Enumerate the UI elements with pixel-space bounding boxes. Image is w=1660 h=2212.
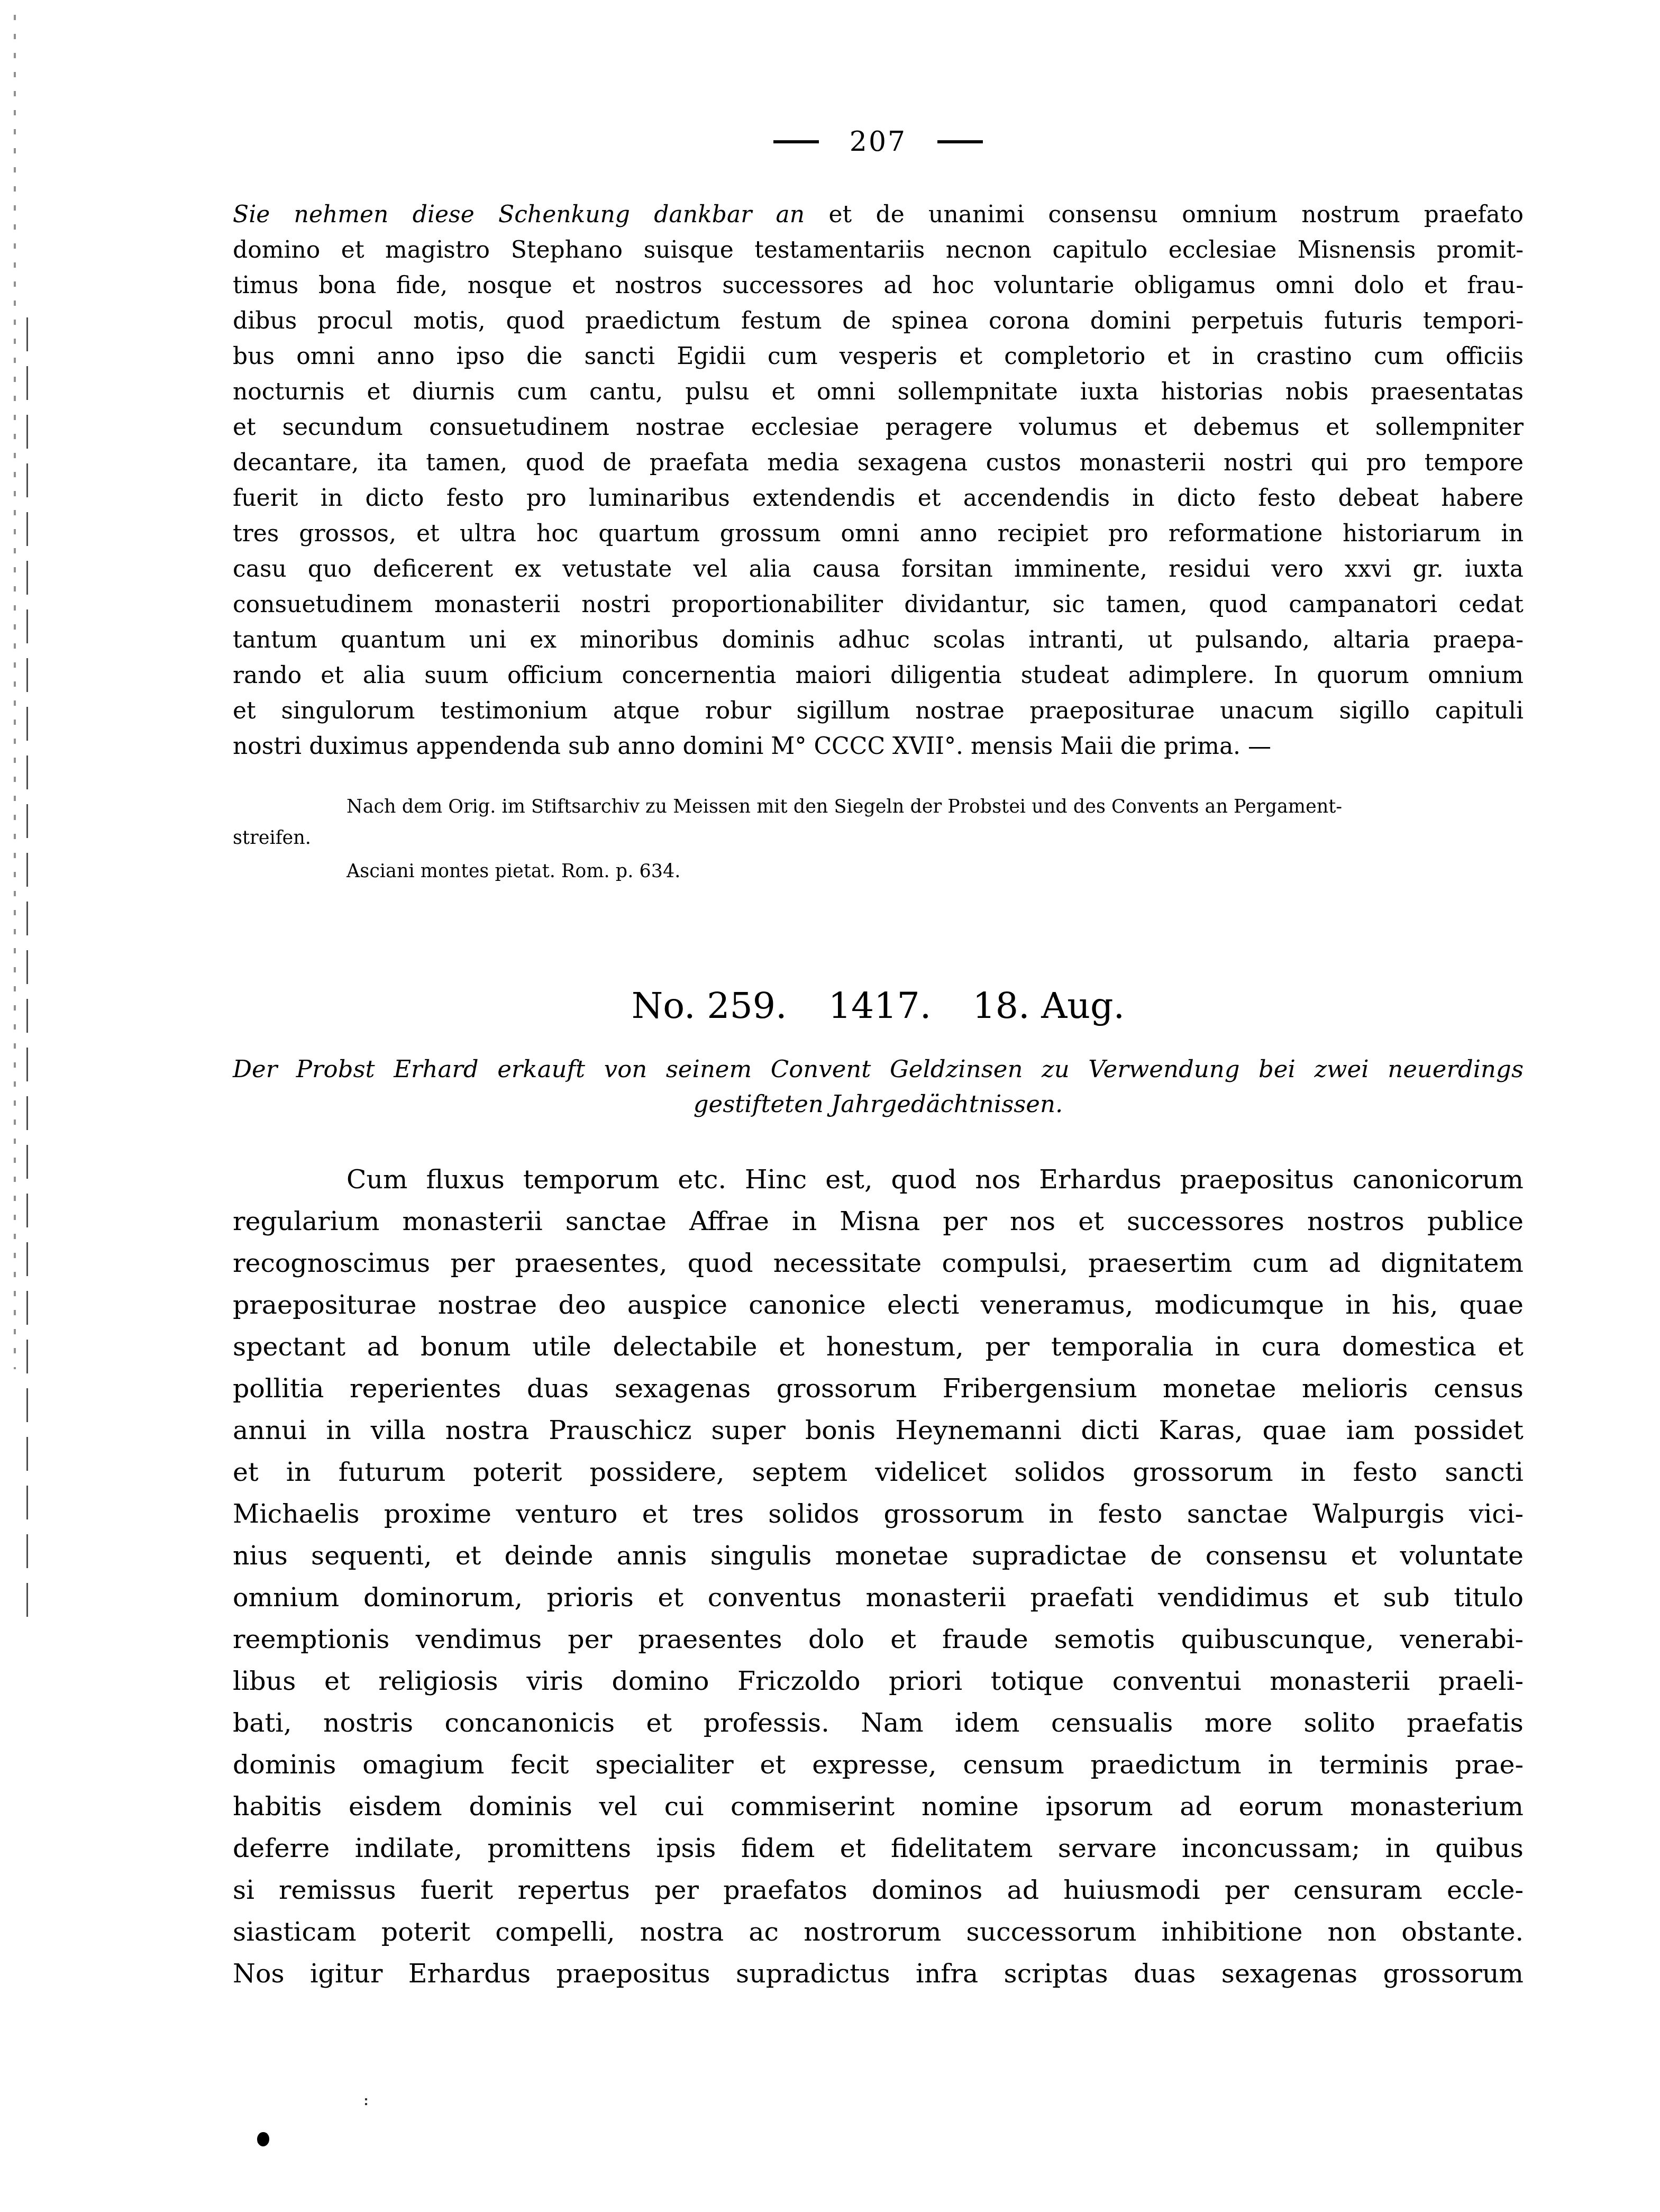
page-number-rule-right [937,140,983,143]
paragraph-lines: Cum fluxus temporum etc. Hinc est, quod … [233,1159,1524,1995]
german-lead-in-italic: Sie nehmen diese Schenkung dankbar an [233,201,805,228]
entry-heading: No. 259.1417.18. Aug. [233,985,1524,1027]
page-header: 207 [233,126,1524,158]
paragraph-line: et in futurum poterit possidere, septem … [233,1451,1524,1493]
literature-reference: Asciani montes pietat. Rom. p. 634. [233,856,1524,887]
latin-continuation-text: et de unanimi consensu omnium nostrum pr… [805,201,1524,228]
entry-continuation-paragraph: Sie nehmen diese Schenkung dankbar an et… [233,197,1524,764]
archive-note-line-2: streifen. [233,823,1524,854]
paragraph-line: si remissus fuerit repertus per praefato… [233,1869,1524,1911]
paragraph-line: Nos igitur Erhardus praepositus supradic… [233,1953,1524,1995]
summary-line-2: gestifteten Jahrgedächtnissen. [233,1087,1524,1122]
paragraph-line: et secundum consuetudinem nostrae eccles… [233,409,1524,445]
paragraph-line: nostri duximus appendenda sub anno domin… [233,729,1524,764]
entry-summary: Der Probst Erhard erkauft von seinem Con… [233,1052,1524,1122]
paragraph-line: nius sequenti, et deinde annis singulis … [233,1535,1524,1577]
paragraph-line: deferre indilate, promittens ipsis fidem… [233,1827,1524,1869]
ink-spot [257,2132,269,2146]
paragraph-line: pollitia reperientes duas sexagenas gros… [233,1368,1524,1409]
scan-binding-artifact-outer [14,15,16,1369]
paragraph-line: libus et religiosis viris domino Friczol… [233,1660,1524,1702]
entry-body-paragraph: Cum fluxus temporum etc. Hinc est, quod … [233,1159,1524,1995]
paragraph-line: tantum quantum uni ex minoribus dominis … [233,622,1524,658]
paragraph-line: annui in villa nostra Prauschicz super b… [233,1409,1524,1451]
summary-line-1: Der Probst Erhard erkauft von seinem Con… [233,1052,1524,1087]
page-number-rule-left [773,140,819,143]
paragraph-line: habitis eisdem dominis vel cui commiseri… [233,1786,1524,1827]
scan-binding-artifact-inner [26,317,28,1619]
paragraph-line: nocturnis et diurnis cum cantu, pulsu et… [233,374,1524,409]
paragraph-line: reemptionis vendimus per praesentes dolo… [233,1618,1524,1660]
paragraph-line: praepositurae nostrae deo auspice canoni… [233,1284,1524,1326]
archive-note-line-1: Nach dem Orig. im Stiftsarchiv zu Meisse… [233,791,1524,823]
paragraph-line: consuetudinem monasterii nostri proporti… [233,587,1524,622]
paragraph-line: Michaelis proxime venturo et tres solido… [233,1493,1524,1535]
paragraph-line: timus bona fide, nosque et nostros succe… [233,268,1524,303]
page-number: 207 [850,126,907,158]
paragraph-line: dibus procul motis, quod praedictum fest… [233,303,1524,339]
paragraph-line: dominis omagium fecit specialiter et exp… [233,1744,1524,1786]
paragraph-line: decantare, ita tamen, quod de praefata m… [233,445,1524,480]
paragraph-line: bus omni anno ipso die sancti Egidii cum… [233,339,1524,374]
paragraph-lines: domino et magistro Stephano suisque test… [233,232,1524,764]
paragraph-line: bati, nostris concanonicis et professis.… [233,1702,1524,1744]
paragraph-line: fuerit in dicto festo pro luminaribus ex… [233,480,1524,516]
paragraph-line: siasticam poterit compelli, nostra ac no… [233,1911,1524,1953]
paragraph-first-line: Sie nehmen diese Schenkung dankbar an et… [233,197,1524,232]
entry-number: No. 259. [632,985,787,1027]
paragraph-line: regularium monasterii sanctae Affrae in … [233,1200,1524,1242]
paragraph-line: domino et magistro Stephano suisque test… [233,232,1524,268]
paragraph-line: tres grossos, et ultra hoc quartum gross… [233,516,1524,551]
paragraph-line: rando et alia suum officium concernentia… [233,658,1524,693]
source-notes: Nach dem Orig. im Stiftsarchiv zu Meisse… [233,791,1524,887]
paragraph-line: et singulorum testimonium atque robur si… [233,693,1524,729]
paragraph-line: recognoscimus per praesentes, quod neces… [233,1242,1524,1284]
paragraph-line: Cum fluxus temporum etc. Hinc est, quod … [233,1159,1524,1200]
entry-date: 18. Aug. [972,985,1125,1027]
document-page: 207 Sie nehmen diese Schenkung dankbar a… [0,0,1660,2212]
paragraph-line: casu quo deficerent ex vetustate vel ali… [233,551,1524,587]
paragraph-line: spectant ad bonum utile delectabile et h… [233,1326,1524,1368]
scan-speck [365,2098,367,2106]
paragraph-line: omnium dominorum, prioris et conventus m… [233,1577,1524,1618]
entry-year: 1417. [828,985,932,1027]
